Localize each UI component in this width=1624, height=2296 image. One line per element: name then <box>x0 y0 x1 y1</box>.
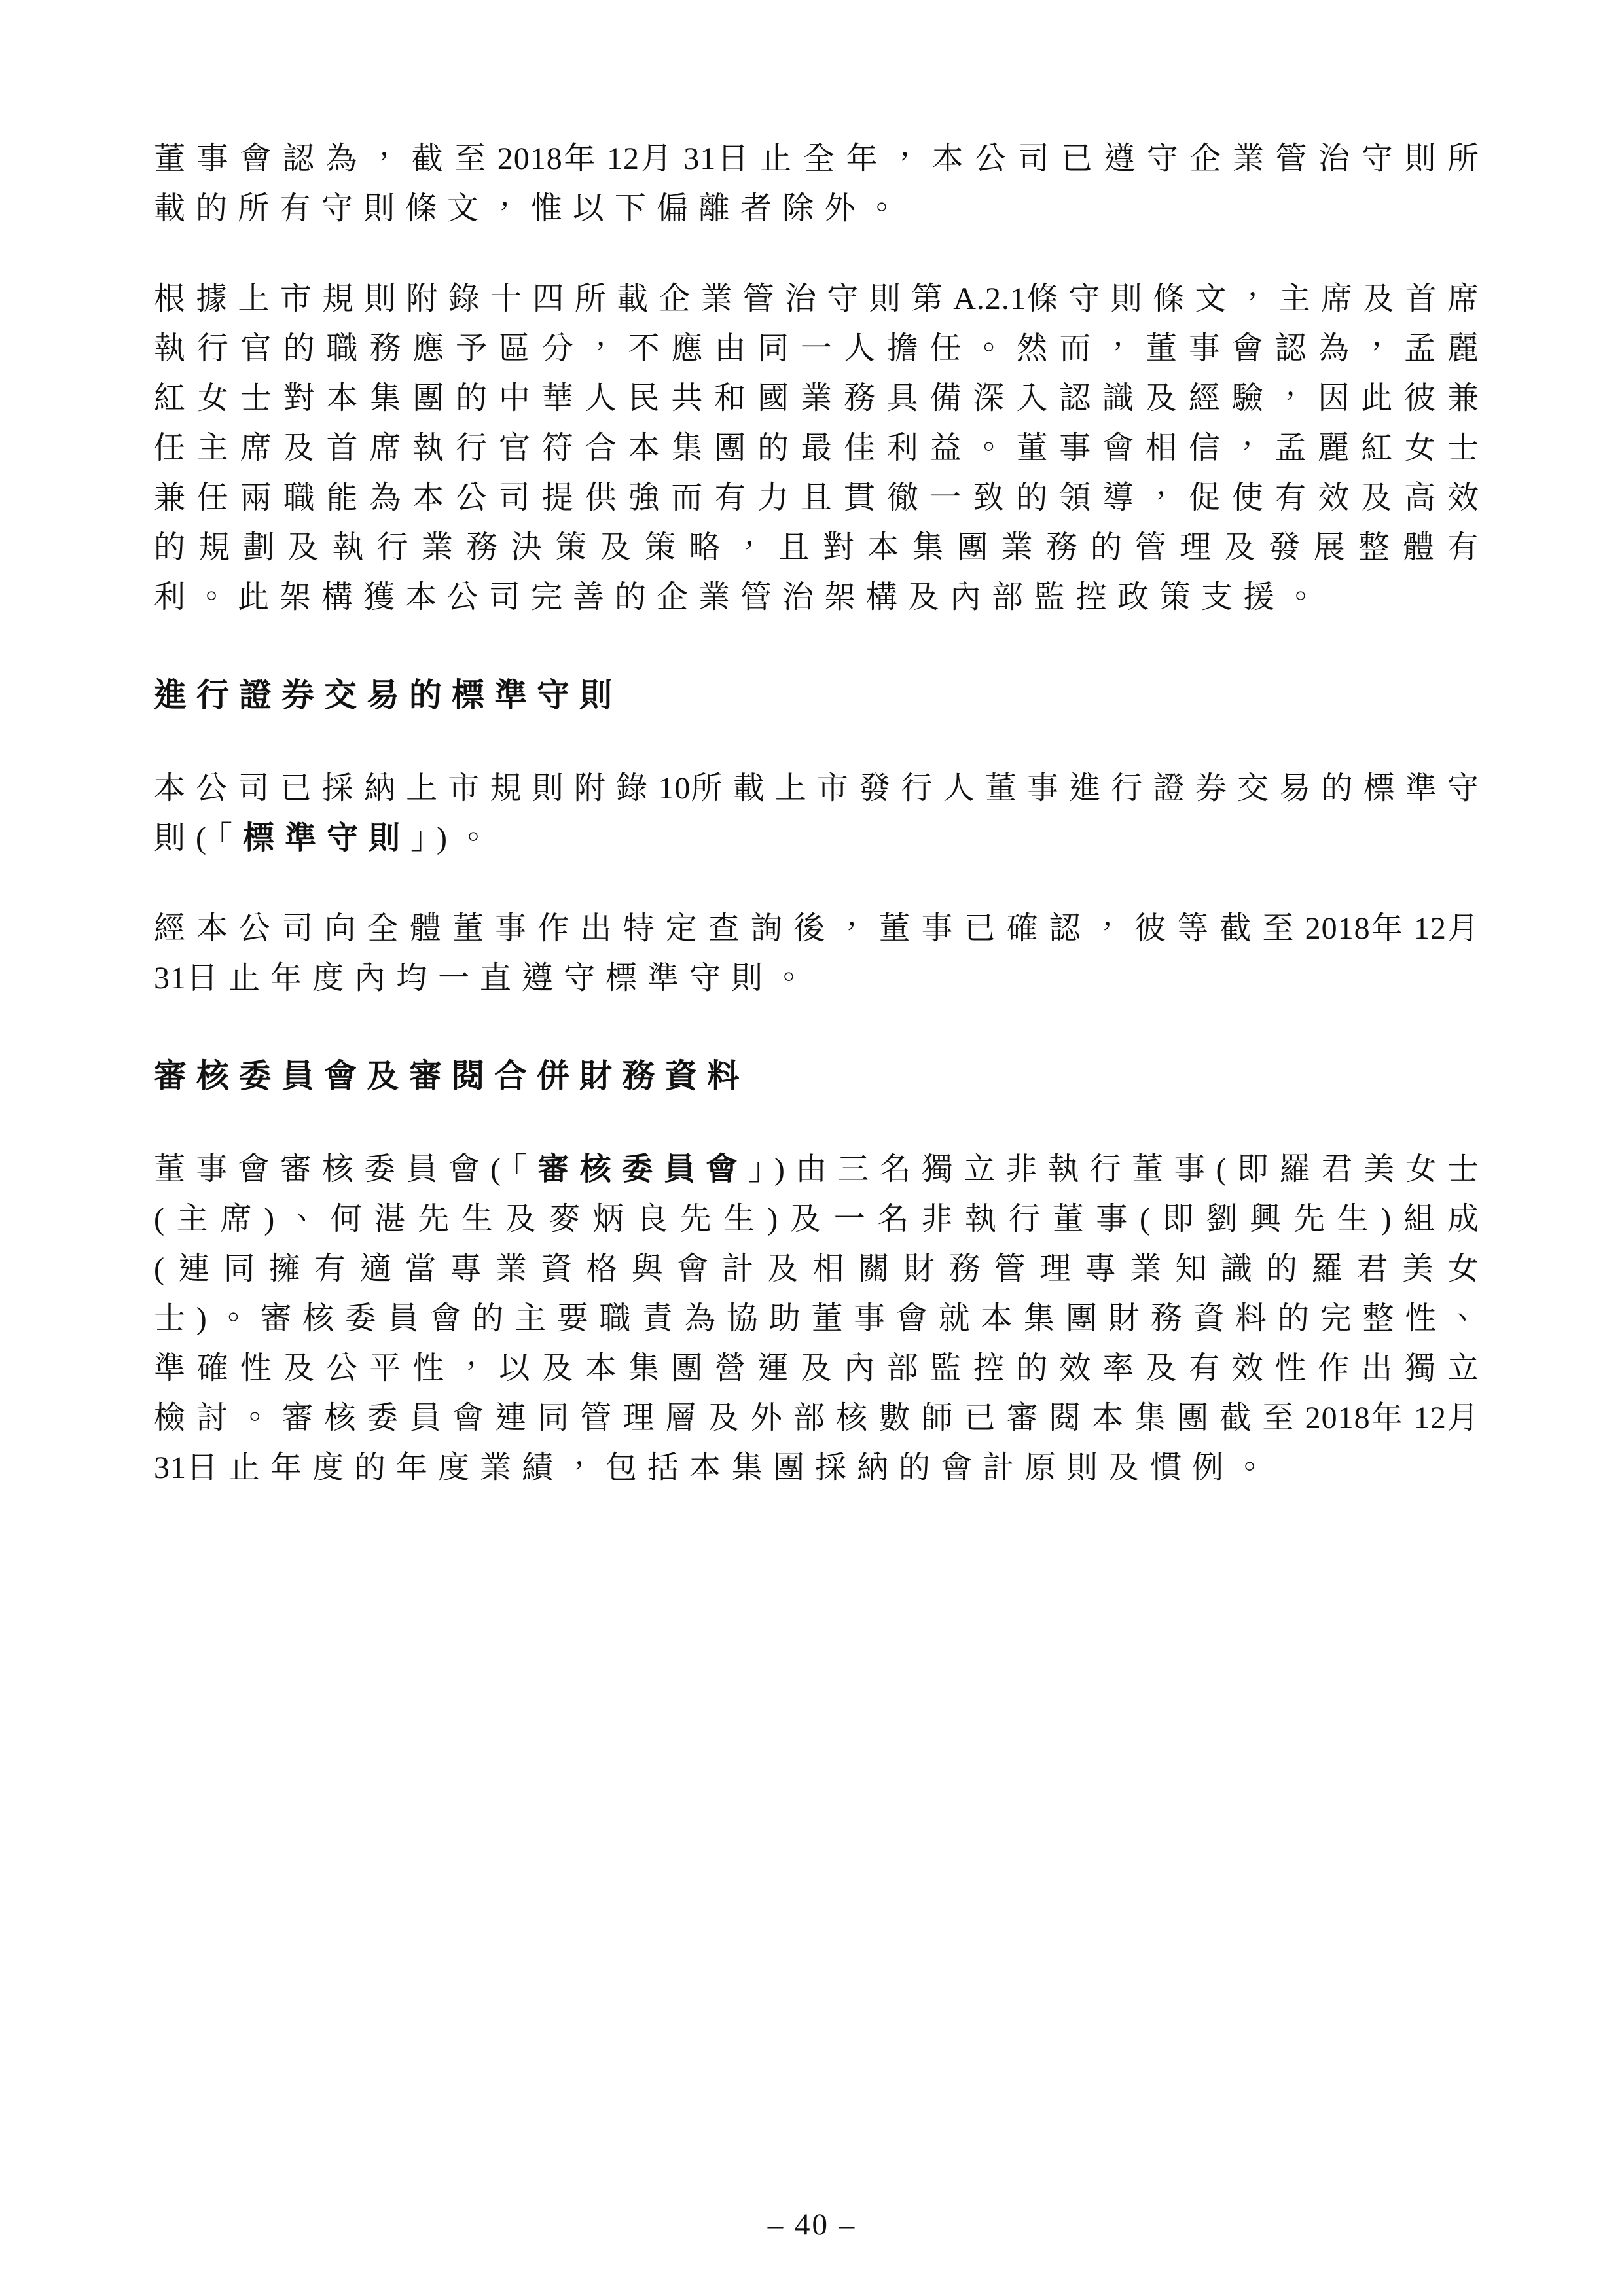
paragraph-model-code-adoption-post: 」)。 <box>410 821 499 855</box>
heading-securities-dealing-code: 進行證券交易的標準守則 <box>154 670 1489 721</box>
paragraph-audit-committee: 董事會審核委員會(「審核委員會」)由三名獨立非執行董事(即羅君美女士(主席)、何… <box>154 1145 1489 1493</box>
document-page: 董事會認為，截至2018年12月31日止全年，本公司已遵守企業管治守則所載的所有… <box>0 0 1624 2296</box>
paragraph-directors-confirmation: 經本公司向全體董事作出特定查詢後，董事已確認，彼等截至2018年12月31日止年… <box>154 904 1489 1003</box>
heading-audit-committee: 審核委員會及審閱合併財務資料 <box>154 1050 1489 1102</box>
paragraph-model-code-adoption: 本公司已採納上市規則附錄10所載上市發行人董事進行證券交易的標準守則(「標準守則… <box>154 764 1489 863</box>
defined-term-audit-committee: 審核委員會 <box>537 1152 748 1187</box>
page-number: – 40 – <box>0 2207 1624 2242</box>
paragraph-audit-committee-pre: 董事會審核委員會(「 <box>154 1152 537 1187</box>
defined-term-model-code: 標準守則 <box>243 821 410 855</box>
paragraph-audit-committee-post: 」)由三名獨立非執行董事(即羅君美女士(主席)、何湛先生及麥炳良先生)及一名非執… <box>154 1152 1489 1485</box>
paragraph-chairman-ceo-deviation: 根據上市規則附錄十四所載企業管治守則第A.2.1條守則條文，主席及首席執行官的職… <box>154 274 1489 622</box>
page-body: 董事會認為，截至2018年12月31日止全年，本公司已遵守企業管治守則所載的所有… <box>154 134 1489 1534</box>
paragraph-code-compliance: 董事會認為，截至2018年12月31日止全年，本公司已遵守企業管治守則所載的所有… <box>154 134 1489 234</box>
